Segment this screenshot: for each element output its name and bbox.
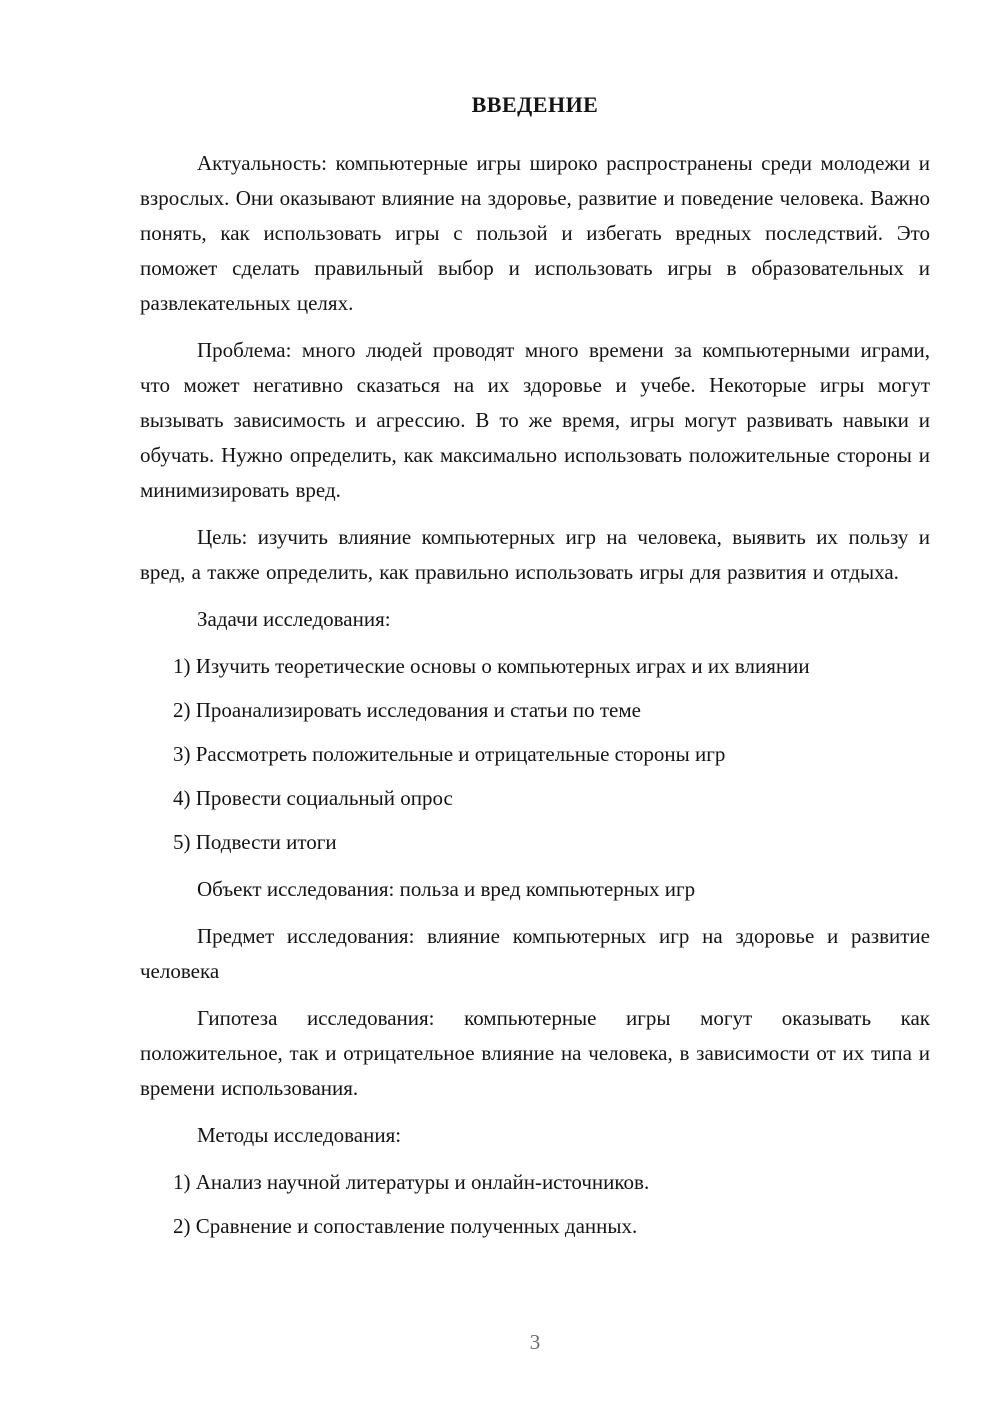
paragraph-problem: Проблема: много людей проводят много вре… [140,333,930,508]
task-item: 3) Рассмотреть положительные и отрицател… [173,737,930,772]
paragraph-object: Объект исследования: польза и вред компь… [140,872,930,907]
tasks-list: 1) Изучить теоретические основы о компью… [140,649,930,860]
page-number: 3 [140,1330,930,1355]
document-page: ВВЕДЕНИЕ Актуальность: компьютерные игры… [0,0,1000,1414]
task-item: 5) Подвести итоги [173,825,930,860]
method-item: 2) Сравнение и сопоставление полученных … [173,1209,930,1244]
methods-heading: Методы исследования: [140,1118,930,1153]
task-item: 2) Проанализировать исследования и стать… [173,693,930,728]
method-item: 1) Анализ научной литературы и онлайн-ис… [173,1165,930,1200]
task-item: 1) Изучить теоретические основы о компью… [173,649,930,684]
paragraph-goal: Цель: изучить влияние компьютерных игр н… [140,520,930,590]
tasks-heading: Задачи исследования: [140,602,930,637]
page-title: ВВЕДЕНИЕ [140,90,930,120]
paragraph-actuality: Актуальность: компьютерные игры широко р… [140,146,930,321]
paragraph-hypothesis: Гипотеза исследования: компьютерные игры… [140,1001,930,1106]
methods-list: 1) Анализ научной литературы и онлайн-ис… [140,1165,930,1244]
paragraph-subject: Предмет исследования: влияние компьютерн… [140,919,930,989]
task-item: 4) Провести социальный опрос [173,781,930,816]
